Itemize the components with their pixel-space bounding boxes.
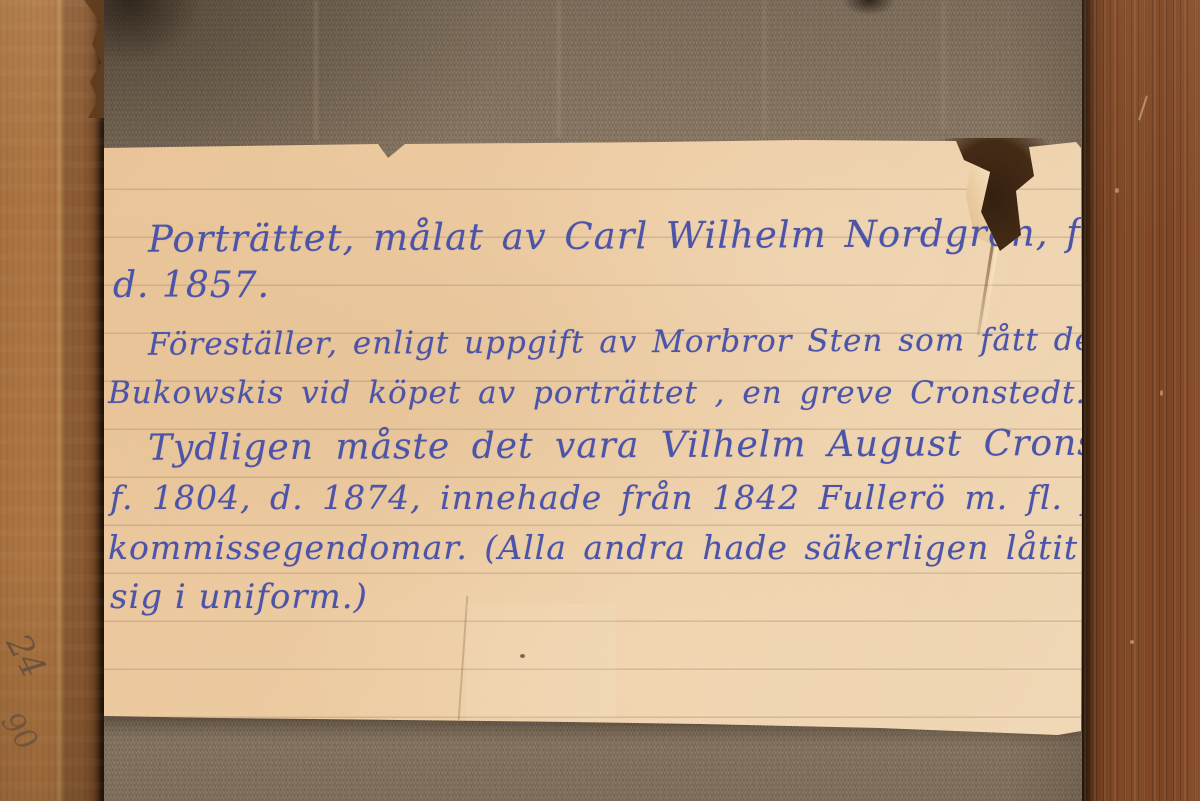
burlap-seam xyxy=(314,0,318,140)
wood-rough-edge xyxy=(58,0,104,118)
handwriting-line-3: Föreställer, enligt uppgift av Morbror S… xyxy=(148,321,1187,362)
wood-speck xyxy=(1115,188,1119,193)
wood-scratch xyxy=(1138,95,1148,120)
right-stretcher-bar xyxy=(1082,0,1200,801)
pencil-mark: 24 xyxy=(0,628,53,685)
paper-crease-light-area xyxy=(466,604,616,718)
wood-speck xyxy=(1160,390,1163,396)
handwriting-line-8: sig i uniform.) xyxy=(110,577,368,617)
corner-shadow xyxy=(98,0,208,70)
pencil-mark: 90 xyxy=(0,706,44,757)
handwriting-line-2: d. 1857. xyxy=(113,265,270,306)
handwriting-line-1: Porträttet, målat av Carl Wilhelm Nordgr… xyxy=(148,210,1200,260)
handwriting-line-6: f. 1804, d. 1874, innehade från 1842 Ful… xyxy=(110,478,1173,517)
burlap-streak xyxy=(556,0,562,138)
handwriting-line-7: kommissegendomar. (Alla andra hade säker… xyxy=(108,528,1180,567)
burlap-streak xyxy=(940,0,947,130)
burlap-streak xyxy=(762,0,767,136)
wood-speck xyxy=(1130,640,1134,644)
painting-back-photo: Porträttet, målat av Carl Wilhelm Nordgr… xyxy=(0,0,1200,801)
handwriting-line-4: Bukowskis vid köpet av porträttet , en g… xyxy=(108,375,1086,411)
handwriting-line-5: Tydligen måste det vara Vilhelm August C… xyxy=(148,422,1187,468)
top-edge-shadow xyxy=(842,0,896,16)
paper-speck xyxy=(520,654,525,658)
left-stretcher-bar: 24 90 xyxy=(0,0,104,801)
provenance-label-paper: Porträttet, målat av Carl Wilhelm Nordgr… xyxy=(100,134,1084,740)
